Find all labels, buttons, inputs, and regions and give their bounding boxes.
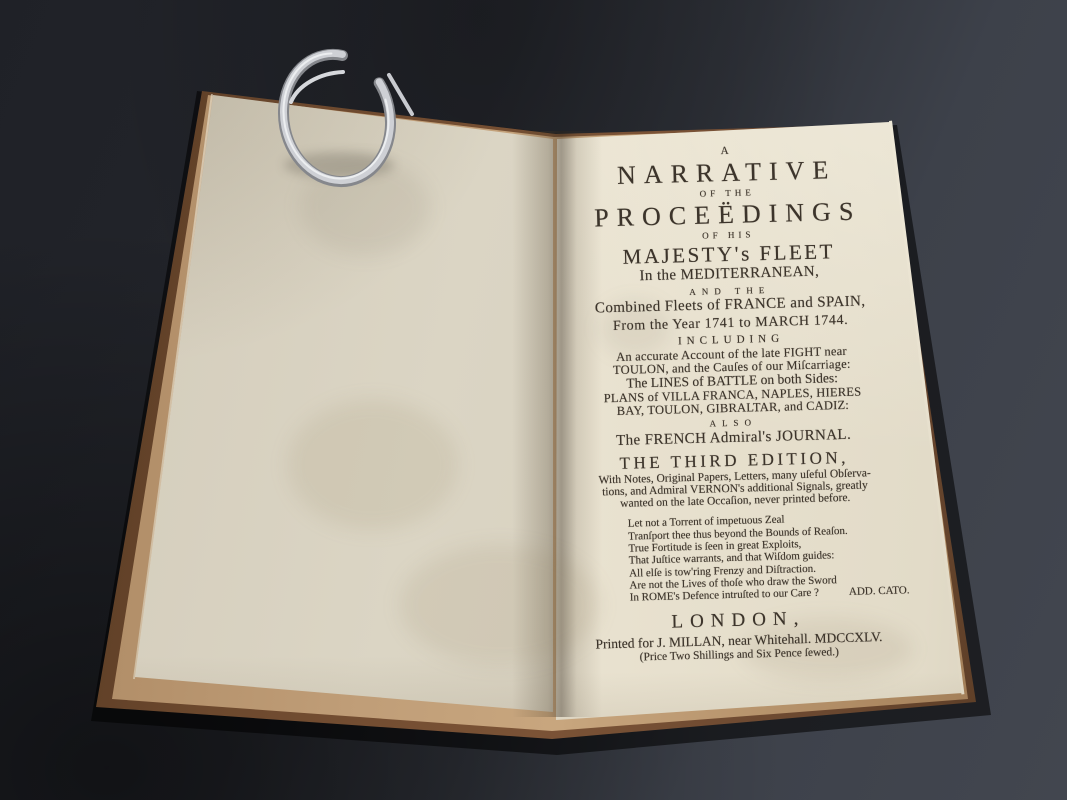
quote-attribution: ADD. CATO.: [849, 585, 910, 599]
page-stain: [288, 400, 458, 530]
title-page-text: ANARRATIVEOF THEPROCEËDINGSOF HISMAJESTY…: [560, 142, 905, 666]
title-line: PROCEËDINGS: [561, 196, 894, 232]
photo-canvas: ANARRATIVEOF THEPROCEËDINGSOF HISMAJESTY…: [0, 0, 1067, 800]
wire-ring-shade: [272, 44, 402, 191]
wire-clip-icon: [248, 28, 438, 198]
wire-ring: [272, 43, 402, 190]
